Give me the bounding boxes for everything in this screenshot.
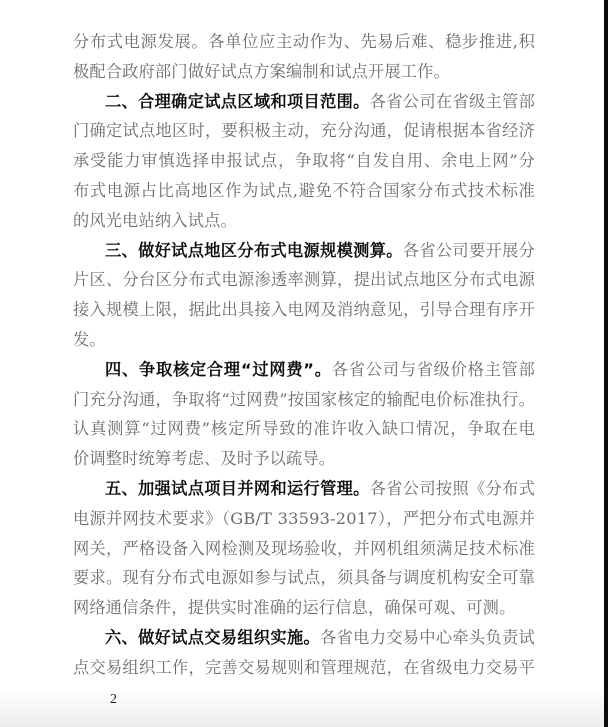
text-line: 接入规模上限，据此出具接入电网及消纳意见，引导合理有序开发。 bbox=[73, 295, 535, 355]
text-line: 承受能力审慎选择申报试点，争取将“自发自用、余电上网”分 bbox=[73, 146, 535, 176]
text-line: 认真测算“过网费”核定所导致的准许收入缺口情况，争取在电 bbox=[73, 414, 535, 444]
text-line: 布式电源占比高地区作为试点,避免不符合国家分布式技术标准 bbox=[73, 176, 535, 206]
section-heading: 三、做好试点地区分布式电源规模测算。 bbox=[105, 241, 403, 260]
section-heading-line: 四、争取核定合理“过网费”。各省公司与省级价格主管部 bbox=[73, 355, 535, 385]
text-line: 要求。现有分布式电源如参与试点，须具备与调度机构安全可靠 bbox=[73, 563, 535, 593]
section-text: 各省公司要开展分 bbox=[403, 241, 535, 260]
section-heading: 二、合理确定试点区域和项目范围。 bbox=[105, 92, 370, 111]
text-line: 的风光电站纳入试点。 bbox=[73, 206, 535, 236]
text-line: 网络通信条件，提供实时准确的运行信息，确保可观、可测。 bbox=[73, 593, 535, 623]
text-line: 门充分沟通，争取将“过网费”按国家核定的输配电价标准执行。 bbox=[73, 385, 535, 415]
section-text: 各省公司在省级主管部 bbox=[370, 92, 535, 111]
page-number: 2 bbox=[110, 692, 117, 708]
section-text: 各省公司按照《分布式 bbox=[370, 479, 535, 498]
text-line: 网关，严格设备入网检测及现场验收，并网机组须满足技术标准 bbox=[73, 534, 535, 564]
section-text: 各省电力交易中心牵头负责试 bbox=[320, 628, 535, 647]
section-heading: 五、加强试点项目并网和运行管理。 bbox=[105, 479, 370, 498]
section-heading-line: 三、做好试点地区分布式电源规模测算。各省公司要开展分 bbox=[73, 236, 535, 266]
document-page: 分布式电源发展。各单位应主动作为、先易后难、稳步推进,积极配合政府部门做好试点方… bbox=[0, 0, 604, 727]
section-heading: 四、争取核定合理“过网费”。 bbox=[105, 360, 332, 379]
text-line: 极配合政府部门做好试点方案编制和试点开展工作。 bbox=[73, 57, 535, 87]
text-line: 点交易组织工作，完善交易规则和管理规范，在省级电力交易平 bbox=[73, 653, 535, 683]
section-heading: 六、做好试点交易组织实施。 bbox=[105, 628, 320, 647]
text-line: 价调整时统筹考虑、及时予以疏导。 bbox=[73, 444, 535, 474]
section-text: 各省公司与省级价格主管部 bbox=[332, 360, 535, 379]
document-body: 分布式电源发展。各单位应主动作为、先易后难、稳步推进,积极配合政府部门做好试点方… bbox=[73, 27, 535, 683]
text-line: 门确定试点地区时，要积极主动，充分沟通，促请根据本省经济 bbox=[73, 116, 535, 146]
section-heading-line: 二、合理确定试点区域和项目范围。各省公司在省级主管部 bbox=[73, 87, 535, 117]
text-line: 电源并网技术要求》（GB/T 33593-2017），严把分布式电源并 bbox=[73, 504, 535, 534]
text-line: 片区、分台区分布式电源渗透率测算，提出试点地区分布式电源 bbox=[73, 265, 535, 295]
page-edge-border bbox=[604, 0, 608, 727]
section-heading-line: 五、加强试点项目并网和运行管理。各省公司按照《分布式 bbox=[73, 474, 535, 504]
section-heading-line: 六、做好试点交易组织实施。各省电力交易中心牵头负责试 bbox=[73, 623, 535, 653]
text-line: 分布式电源发展。各单位应主动作为、先易后难、稳步推进,积 bbox=[73, 27, 535, 57]
